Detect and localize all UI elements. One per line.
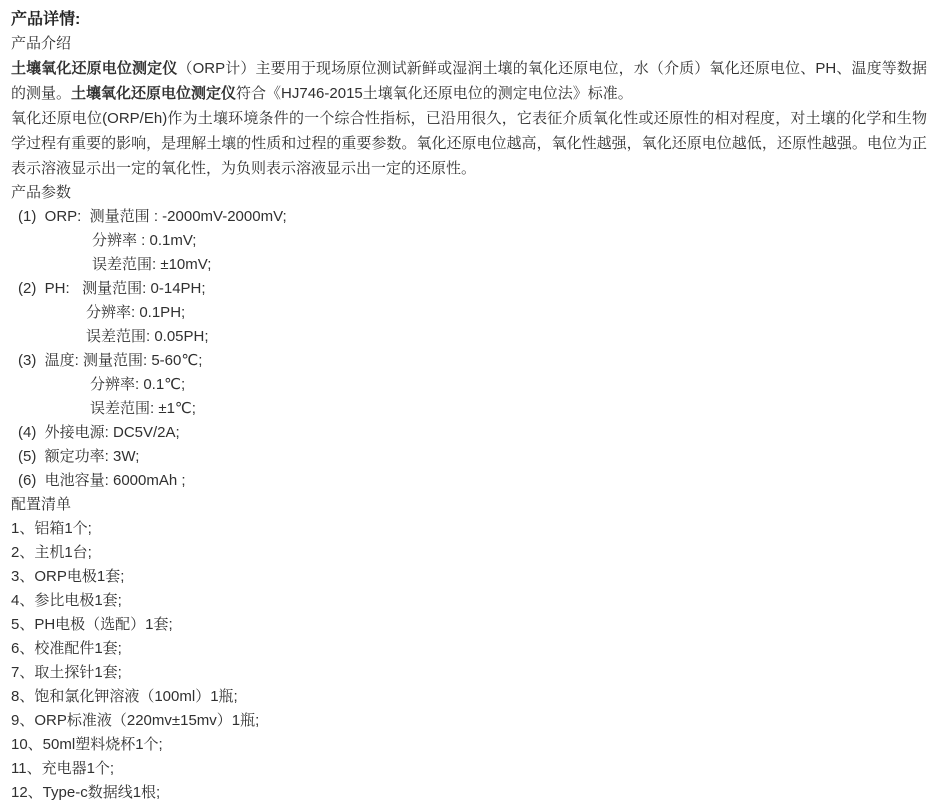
config-item-calib: 6、校准配件1套;: [11, 637, 927, 661]
intro-heading: 产品介绍: [11, 32, 927, 56]
config-item-host: 2、主机1台;: [11, 541, 927, 565]
config-item-orp-elec: 3、ORP电极1套;: [11, 565, 927, 589]
page-title: 产品详情:: [11, 8, 927, 32]
config-item-ph-elec: 5、PH电极（选配）1套;: [11, 613, 927, 637]
param-line-power: (4) 外接电源: DC5V/2A;: [11, 421, 927, 445]
parameters-heading: 产品参数: [11, 181, 927, 205]
config-item-case: 1、铝箱1个;: [11, 517, 927, 541]
config-heading: 配置清单: [11, 493, 927, 517]
param-line-ph-res: 分辨率: 0.1PH;: [11, 301, 927, 325]
config-item-cable: 12、Type-c数据线1根;: [11, 781, 927, 800]
config-item-charger: 11、充电器1个;: [11, 757, 927, 781]
param-line-orp: (1) ORP: 测量范围 : -2000mV-2000mV;: [11, 205, 927, 229]
config-item-standard: 9、ORP标准液（220mv±15mv）1瓶;: [11, 709, 927, 733]
product-name-bold: 土壤氧化还原电位测定仪: [71, 85, 236, 102]
product-detail-section: 产品详情: 产品介绍 土壤氧化还原电位测定仪（ORP计）主要用于现场原位测试新鲜…: [0, 0, 939, 800]
param-line-rated: (5) 额定功率: 3W;: [11, 445, 927, 469]
param-line-ph: (2) PH: 测量范围: 0-14PH;: [11, 277, 927, 301]
param-line-temp-err: 误差范围: ±1℃;: [11, 397, 927, 421]
intro-paragraph-1: 土壤氧化还原电位测定仪（ORP计）主要用于现场原位测试新鲜或湿润土壤的氧化还原电…: [11, 56, 927, 106]
config-item-beaker: 10、50ml塑料烧杯1个;: [11, 733, 927, 757]
param-line-orp-err: 误差范围: ±10mV;: [11, 253, 927, 277]
param-line-temp: (3) 温度: 测量范围: 5-60℃;: [11, 349, 927, 373]
product-name-bold: 土壤氧化还原电位测定仪: [11, 60, 177, 77]
config-item-ref-elec: 4、参比电极1套;: [11, 589, 927, 613]
config-item-probe: 7、取土探针1套;: [11, 661, 927, 685]
param-line-temp-res: 分辨率: 0.1℃;: [11, 373, 927, 397]
param-line-battery: (6) 电池容量: 6000mAh ;: [11, 469, 927, 493]
param-line-orp-res: 分辨率 : 0.1mV;: [11, 229, 927, 253]
config-item-kcl: 8、饱和氯化钾溶液（100ml）1瓶;: [11, 685, 927, 709]
param-line-ph-err: 误差范围: 0.05PH;: [11, 325, 927, 349]
intro-paragraph-2: 氧化还原电位(ORP/Eh)作为土壤环境条件的一个综合性指标，已沿用很久，它表征…: [11, 106, 927, 181]
intro-text: 符合《HJ746-2015土壤氧化还原电位的测定电位法》标准。: [236, 85, 633, 102]
